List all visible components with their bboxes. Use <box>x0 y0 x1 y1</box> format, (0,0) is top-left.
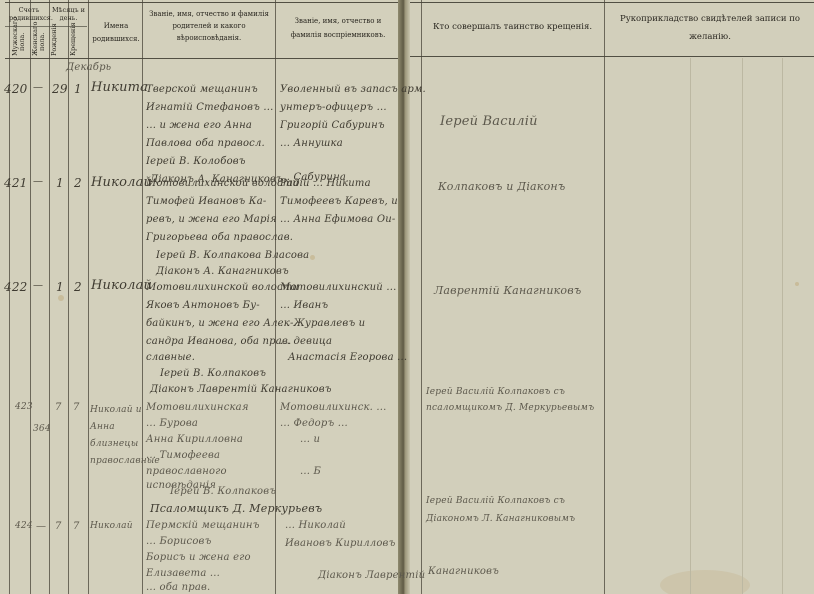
parents-line: ревъ, и жена его Марiя <box>146 214 277 225</box>
column-rule <box>68 0 69 594</box>
performed-by: Iерей Василiй Колпаковъ съ Дiакономъ Л. … <box>426 492 604 528</box>
male-number: 423 <box>15 402 33 412</box>
female-number: — <box>36 521 46 532</box>
female-number: — <box>33 82 43 93</box>
child-name: Никита <box>91 80 148 95</box>
header-baptism: Крещенія <box>70 28 86 56</box>
parents-line: ... Тимофеева <box>146 450 220 461</box>
birth-day: 29 <box>52 82 68 96</box>
header-male: Мужескаго пола. <box>12 28 28 56</box>
male-number: 421 <box>4 176 28 190</box>
parents-line: Мотовилихинской волости <box>146 178 299 189</box>
godparents-line: ... Федоръ ... <box>280 418 348 429</box>
paper-stain <box>310 255 315 260</box>
parents-line: Iерей В. Колпаковъ <box>160 368 266 379</box>
parents-line: Тимофей Ивановъ Ка- <box>146 196 266 207</box>
paper-stain <box>795 282 799 286</box>
parents-line: ... Бурова <box>146 418 198 429</box>
godparents-line: Уволенный въ запасъ арм. <box>280 84 426 95</box>
column-rule <box>49 0 50 594</box>
parents-line: православного <box>146 466 227 477</box>
godparents-line: Анастасiя Егорова ... <box>288 352 407 363</box>
column-rule <box>30 0 31 594</box>
column-rule <box>604 0 605 594</box>
parents-line: Елизавета ... <box>146 568 220 579</box>
godparents-line: ... Аннушка <box>280 138 343 149</box>
parents-line: ... оба прав. <box>146 582 210 593</box>
parents-line: Григорьева оба православ. <box>146 232 293 243</box>
header-parents: Званіе, имя, отчество и фамилія родителе… <box>146 8 272 44</box>
parents-line: Iерей В. Колобовъ <box>146 156 246 167</box>
birth-day: 1 <box>56 176 64 190</box>
female-number: — <box>33 280 43 291</box>
godparents-line: ... Иванъ <box>280 300 328 311</box>
parents-line: Мотовилихинской волости <box>146 282 299 293</box>
parents-line: Анна Кирилловна <box>146 434 243 445</box>
godparents-line: Григорiй Сабуринъ <box>280 120 385 131</box>
male-number: 424 <box>15 521 33 531</box>
godparents-line: Ивановъ Кирилловъ <box>285 538 395 549</box>
godparents-line: унтеръ-офицеръ ... <box>280 102 387 113</box>
column-rule <box>88 0 89 594</box>
performed-by: Лаврентiй Канагниковъ <box>434 284 581 297</box>
godparents-line: Мотовилихинский ... <box>280 282 396 293</box>
parents-line: славные. <box>146 352 195 363</box>
header-performed-by: Кто совершалъ таинство крещенія. <box>421 22 604 33</box>
header-bottom-rule <box>410 56 814 57</box>
child-name: Николай и Анна близнецы православные <box>90 402 142 470</box>
performed-by: Iерей Василiй <box>440 114 538 129</box>
header-bottom-rule <box>5 58 398 59</box>
parents-line: сандра Иванова, оба прав. <box>146 336 291 347</box>
performed-by: Iерей Василiй Колпаковъ съ псаломщикомъ … <box>426 384 604 416</box>
parents-line: Пермскiй мещанинъ <box>146 520 260 531</box>
parents-line: Игнатiй Стефановъ ... <box>146 102 273 113</box>
godparents-line: ... и <box>300 434 320 445</box>
female-number: 364 <box>33 424 51 434</box>
parents-line: Павлова оба правосл. <box>146 138 265 149</box>
performed-by-tail: Канагниковъ <box>428 566 499 577</box>
parents-line: Дiаконъ А. Канагниковъ <box>156 266 289 277</box>
header-birth: Рожденія <box>51 28 67 56</box>
godparents-line: Тимофеевъ Каревъ, и <box>280 196 398 207</box>
godparents-line: ... Николай <box>285 520 346 531</box>
parents-line: Борисъ и жена его <box>146 552 251 563</box>
month-note: Декабрь <box>66 62 111 73</box>
header-female: Женскаго пола. <box>32 28 48 56</box>
godparents-line: ... Анна Ефимова Ои- <box>280 214 395 225</box>
faint-rule <box>690 58 691 594</box>
child-name: Николай <box>91 175 152 190</box>
performed-by: Колпаковъ и Дiаконъ <box>438 180 565 193</box>
baptism-day: 7 <box>73 521 80 532</box>
godparents-line: Дiаконъ Лаврентiй <box>318 570 425 581</box>
parents-line: байкинъ, и жена его Алек- <box>146 318 294 329</box>
parents-line: Псаломщикъ Д. Меркурьевъ <box>150 502 322 515</box>
header-witness-signatures: Рукоприкладство свидѣтелей записи по жел… <box>610 10 810 46</box>
birth-day: 7 <box>55 402 62 413</box>
godparents-line: Мотовилихинск. ... <box>280 402 387 413</box>
female-number: — <box>33 176 43 187</box>
parents-line: Дiаконъ Лаврентiй Канагниковъ <box>150 384 332 395</box>
baptism-day: 2 <box>74 176 82 190</box>
parents-line: Яковъ Антоновъ Бу- <box>146 300 260 311</box>
paper-stain <box>58 295 64 301</box>
parents-line: ... и жена его Анна <box>146 120 252 131</box>
faint-rule <box>782 58 783 594</box>
baptism-day: 2 <box>74 280 82 294</box>
header-month-day: Мѣсяцъ и день. <box>49 6 88 22</box>
header-names: Имена родившихся. <box>90 20 142 46</box>
child-name: Николай <box>91 278 152 293</box>
godparents-line: Радiй ... Никита <box>280 178 371 189</box>
birth-day: 1 <box>56 280 64 294</box>
godparents-line: ... Б <box>300 466 321 477</box>
baptism-day: 7 <box>73 402 80 413</box>
male-number: 420 <box>4 82 28 96</box>
paper-stain <box>660 570 750 594</box>
godparents-line: ... Журавлевъ и <box>280 318 365 329</box>
header-godparents: Званіе, имя, отчество и фамилія воспріем… <box>279 14 397 42</box>
godparents-line: ... девица <box>280 336 332 347</box>
parents-line: Тверской мещанинъ <box>146 84 258 95</box>
faint-rule <box>742 58 743 594</box>
top-rule <box>5 2 398 3</box>
male-number: 422 <box>4 280 28 294</box>
parents-line: Iерей В. Колпаковъ <box>170 486 276 497</box>
parents-line: Мотовилихинская <box>146 402 249 413</box>
birth-day: 7 <box>55 521 62 532</box>
parents-line: ... Борисовъ <box>146 536 211 547</box>
parents-line: Iерей В. Колпакова Власова <box>156 250 309 261</box>
child-name: Николай <box>90 521 133 531</box>
top-rule <box>410 2 814 3</box>
baptism-day: 1 <box>74 82 82 96</box>
